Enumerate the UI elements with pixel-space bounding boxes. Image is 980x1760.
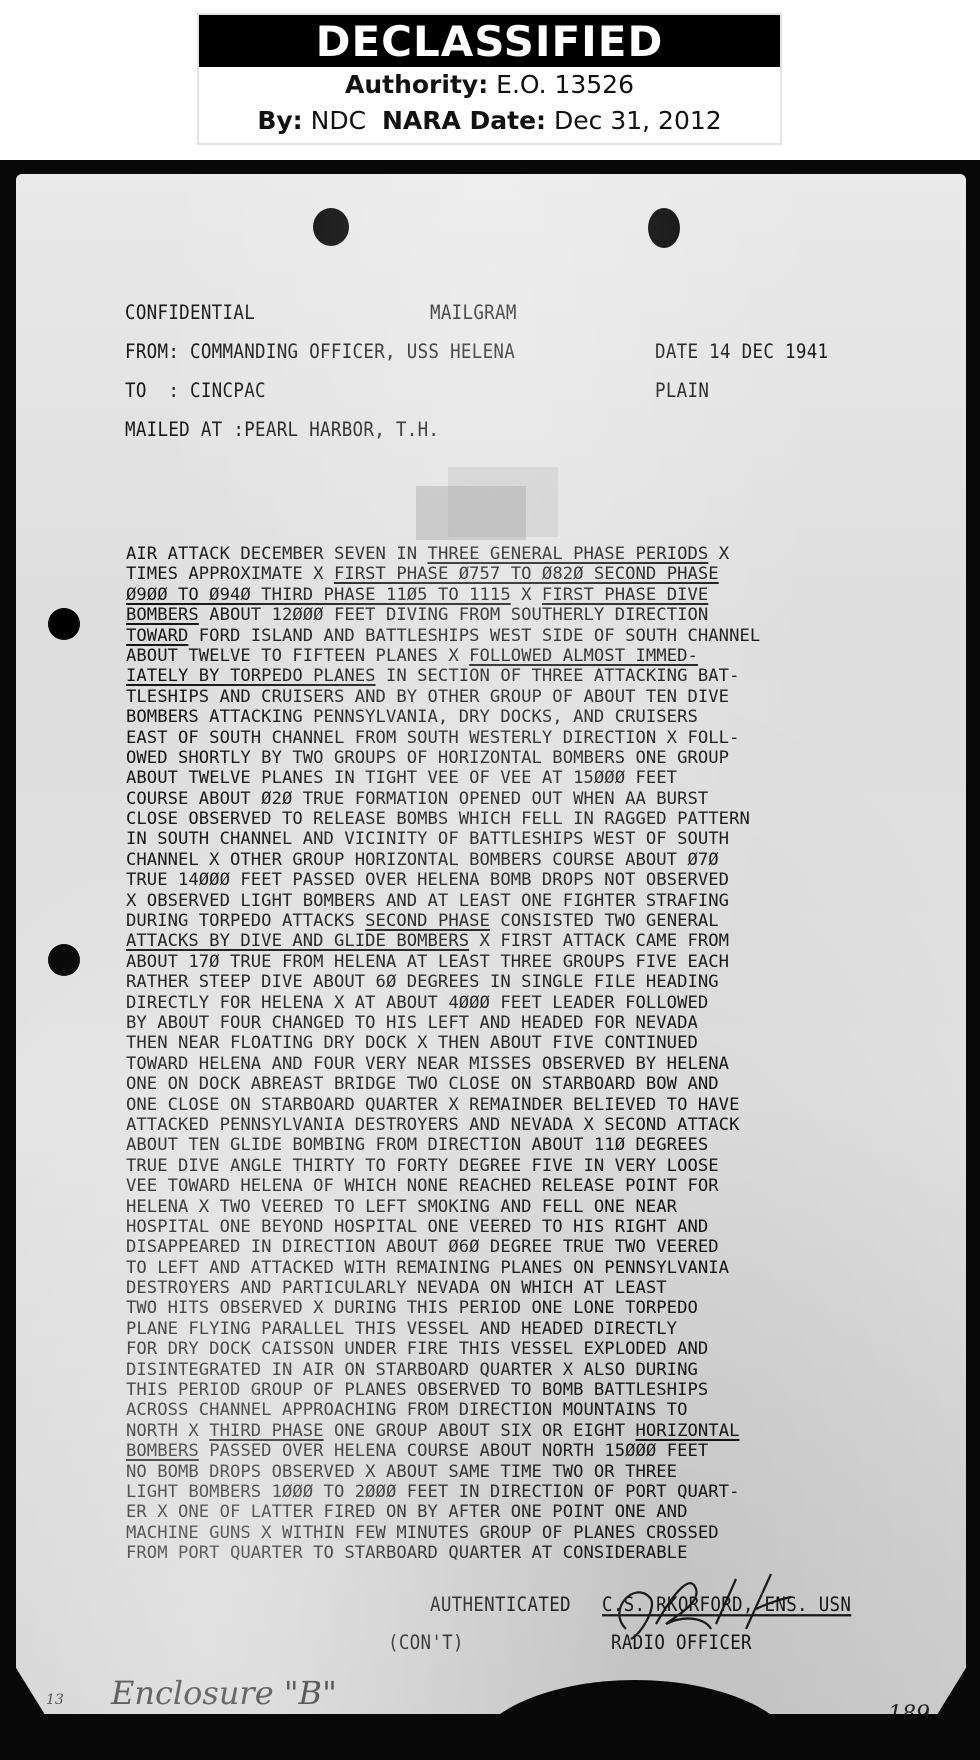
body-line: OWED SHORTLY BY TWO GROUPS OF HORIZONTAL… — [126, 748, 946, 768]
body-text-segment: MACHINE GUNS X WITHIN FEW MINUTES GROUP … — [126, 1523, 719, 1543]
body-text-segment: X OBSERVED LIGHT BOMBERS AND AT LEAST ON… — [126, 891, 729, 911]
body-text-segment: PASSED OVER HELENA COURSE ABOUT NORTH 15… — [199, 1441, 709, 1461]
body-text-segment: NO BOMB DROPS OBSERVED X ABOUT SAME TIME… — [126, 1462, 677, 1482]
punch-hole-top-right — [648, 208, 680, 248]
punch-hole-left-lower — [48, 944, 80, 976]
punch-hole-top-left — [313, 208, 349, 246]
body-line: EAST OF SOUTH CHANNEL FROM SOUTH WESTERL… — [126, 728, 946, 748]
body-line: ABOUT TWELVE TO FIFTEEN PLANES X FOLLOWE… — [126, 646, 946, 666]
body-text-segment: TO LEFT AND ATTACKED WITH REMAINING PLAN… — [126, 1258, 729, 1278]
body-line: ATTACKS BY DIVE AND GLIDE BOMBERS X FIRS… — [126, 931, 946, 951]
body-line: FROM PORT QUARTER TO STARBOARD QUARTER A… — [126, 1543, 946, 1563]
nara-date-value: Dec 31, 2012 — [554, 106, 722, 135]
body-line: TO LEFT AND ATTACKED WITH REMAINING PLAN… — [126, 1258, 946, 1278]
body-text-segment: X FIRST ATTACK CAME FROM — [469, 931, 729, 951]
punch-hole-left-upper — [48, 608, 80, 640]
body-text-segment: TLESHIPS AND CRUISERS AND BY OTHER GROUP… — [126, 687, 729, 707]
body-line: TRUE 14ØØØ FEET PASSED OVER HELENA BOMB … — [126, 870, 946, 890]
body-text-segment: LIGHT BOMBERS 1ØØØ TO 2ØØØ FEET IN DIREC… — [126, 1482, 739, 1502]
body-text-segment: PLANE FLYING PARALLEL THIS VESSEL AND HE… — [126, 1319, 677, 1339]
body-text-segment: DISINTEGRATED IN AIR ON STARBOARD QUARTE… — [126, 1360, 698, 1380]
classification-label: CONFIDENTIAL — [125, 302, 255, 324]
body-line: IN SOUTH CHANNEL AND VICINITY OF BATTLES… — [126, 829, 946, 849]
left-page-mark: 13 — [46, 1692, 64, 1708]
to-line: TO : CINCPAC — [125, 380, 266, 402]
body-line: ER X ONE OF LATTER FIRED ON BY AFTER ONE… — [126, 1502, 946, 1522]
enclosure-note: Enclosure "B" — [111, 1674, 337, 1712]
body-line: NORTH X THIRD PHASE ONE GROUP ABOUT SIX … — [126, 1421, 946, 1441]
stamp-title: DECLASSIFIED — [199, 15, 780, 67]
from-line: FROM: COMMANDING OFFICER, USS HELENA — [125, 341, 515, 363]
underlined-text: IATELY BY TORPEDO PLANES — [126, 666, 376, 686]
body-line: BY ABOUT FOUR CHANGED TO HIS LEFT AND HE… — [126, 1013, 946, 1033]
body-text-segment: BY ABOUT FOUR CHANGED TO HIS LEFT AND HE… — [126, 1013, 698, 1033]
body-line: CHANNEL X OTHER GROUP HORIZONTAL BOMBERS… — [126, 850, 946, 870]
body-text-segment: TRUE DIVE ANGLE THIRTY TO FORTY DEGREE F… — [126, 1156, 719, 1176]
underlined-text: BOMBERS — [126, 1441, 199, 1461]
underlined-text: THREE GENERAL PHASE PERIODS — [428, 544, 709, 564]
mailed-at-line: MAILED AT :PEARL HARBOR, T.H. — [125, 419, 439, 441]
stamp-by-date: By: NDC NARA Date: Dec 31, 2012 — [199, 103, 780, 139]
body-line: DISINTEGRATED IN AIR ON STARBOARD QUARTE… — [126, 1360, 946, 1380]
body-text-segment: NORTH X — [126, 1421, 209, 1441]
body-text-segment: DURING TORPEDO ATTACKS — [126, 911, 365, 931]
message-body: AIR ATTACK DECEMBER SEVEN IN THREE GENER… — [126, 544, 946, 1564]
body-line: THIS PERIOD GROUP OF PLANES OBSERVED TO … — [126, 1380, 946, 1400]
right-page-mark: 189 — [888, 1702, 930, 1727]
body-text-segment: TRUE 14ØØØ FEET PASSED OVER HELENA BOMB … — [126, 870, 729, 890]
body-text-segment: DISAPPEARED IN DIRECTION ABOUT Ø6Ø DEGRE… — [126, 1237, 719, 1257]
underlined-text: BOMBERS — [126, 605, 199, 625]
body-line: FOR DRY DOCK CAISSON UNDER FIRE THIS VES… — [126, 1339, 946, 1359]
body-text-segment: CLOSE OBSERVED TO RELEASE BOMBS WHICH FE… — [126, 809, 750, 829]
body-line: ONE CLOSE ON STARBOARD QUARTER X REMAIND… — [126, 1095, 946, 1115]
body-text-segment: X — [708, 544, 729, 564]
signature-icon — [596, 1569, 806, 1659]
body-text-segment: OWED SHORTLY BY TWO GROUPS OF HORIZONTAL… — [126, 748, 729, 768]
body-line: ATTACKED PENNSYLVANIA DESTROYERS AND NEV… — [126, 1115, 946, 1135]
body-text-segment: ONE ON DOCK ABREAST BRIDGE TWO CLOSE ON … — [126, 1074, 719, 1094]
body-line: TOWARD HELENA AND FOUR VERY NEAR MISSES … — [126, 1054, 946, 1074]
body-line: CLOSE OBSERVED TO RELEASE BOMBS WHICH FE… — [126, 809, 946, 829]
by-value: NDC — [311, 106, 366, 135]
body-text-segment: TOWARD HELENA AND FOUR VERY NEAR MISSES … — [126, 1054, 729, 1074]
body-line: ABOUT 17Ø TRUE FROM HELENA AT LEAST THRE… — [126, 952, 946, 972]
body-line: HELENA X TWO VEERED TO LEFT SMOKING AND … — [126, 1197, 946, 1217]
underlined-text: SECOND PHASE — [365, 911, 490, 931]
body-line: DESTROYERS AND PARTICULARLY NEVADA ON WH… — [126, 1278, 946, 1298]
body-line: ABOUT TEN GLIDE BOMBING FROM DIRECTION A… — [126, 1135, 946, 1155]
body-line: MACHINE GUNS X WITHIN FEW MINUTES GROUP … — [126, 1523, 946, 1543]
underlined-text: ATTACKS BY DIVE AND GLIDE BOMBERS — [126, 931, 469, 951]
body-line: ABOUT TWELVE PLANES IN TIGHT VEE OF VEE … — [126, 768, 946, 788]
stamp-authority: Authority: E.O. 13526 — [199, 67, 780, 103]
scanned-document: CONFIDENTIAL MAILGRAM FROM: COMMANDING O… — [0, 160, 980, 1760]
body-text-segment: CHANNEL X OTHER GROUP HORIZONTAL BOMBERS… — [126, 850, 719, 870]
body-line: BOMBERS ATTACKING PENNSYLVANIA, DRY DOCK… — [126, 707, 946, 727]
document-type: MAILGRAM — [430, 302, 517, 324]
paper-sheet: CONFIDENTIAL MAILGRAM FROM: COMMANDING O… — [16, 174, 966, 1714]
body-text-segment: COURSE ABOUT Ø2Ø TRUE FORMATION OPENED O… — [126, 789, 708, 809]
body-line: BOMBERS PASSED OVER HELENA COURSE ABOUT … — [126, 1441, 946, 1461]
body-text-segment: ABOUT TWELVE TO FIFTEEN PLANES X — [126, 646, 469, 666]
authority-label: Authority: — [345, 70, 488, 99]
body-line: IATELY BY TORPEDO PLANES IN SECTION OF T… — [126, 666, 946, 686]
body-line: Ø9ØØ TO Ø94Ø THIRD PHASE 11Ø5 TO 1115 X … — [126, 585, 946, 605]
body-line: X OBSERVED LIGHT BOMBERS AND AT LEAST ON… — [126, 891, 946, 911]
underlined-text: FIRST PHASE DIVE — [542, 585, 708, 605]
authority-value: E.O. 13526 — [496, 70, 634, 99]
body-text-segment: ABOUT TEN GLIDE BOMBING FROM DIRECTION A… — [126, 1135, 708, 1155]
underlined-text: THIRD PHASE — [209, 1421, 323, 1441]
body-text-segment: IN SOUTH CHANNEL AND VICINITY OF BATTLES… — [126, 829, 729, 849]
body-text-segment: THIS PERIOD GROUP OF PLANES OBSERVED TO … — [126, 1380, 708, 1400]
body-text-segment: ONE CLOSE ON STARBOARD QUARTER X REMAIND… — [126, 1095, 739, 1115]
body-text-segment: ABOUT TWELVE PLANES IN TIGHT VEE OF VEE … — [126, 768, 677, 788]
underlined-text: HORIZONTAL — [636, 1421, 740, 1441]
underlined-text: FIRST PHASE Ø757 TO Ø82Ø SECOND PHASE — [334, 564, 719, 584]
body-text-segment: EAST OF SOUTH CHANNEL FROM SOUTH WESTERL… — [126, 728, 739, 748]
body-line: TRUE DIVE ANGLE THIRTY TO FORTY DEGREE F… — [126, 1156, 946, 1176]
body-line: BOMBERS ABOUT 12ØØØ FEET DIVING FROM SOU… — [126, 605, 946, 625]
by-label: By: — [257, 106, 302, 135]
body-text-segment: TIMES APPROXIMATE X — [126, 564, 334, 584]
body-line: TWO HITS OBSERVED X DURING THIS PERIOD O… — [126, 1298, 946, 1318]
body-line: RATHER STEEP DIVE ABOUT 6Ø DEGREES IN SI… — [126, 972, 946, 992]
body-text-segment: FOR DRY DOCK CAISSON UNDER FIRE THIS VES… — [126, 1339, 708, 1359]
body-text-segment: ONE GROUP ABOUT SIX OR EIGHT — [324, 1421, 636, 1441]
body-text-segment: VEE TOWARD HELENA OF WHICH NONE REACHED … — [126, 1176, 719, 1196]
underlined-text: FOLLOWED ALMOST IMMED- — [469, 646, 698, 666]
body-line: AIR ATTACK DECEMBER SEVEN IN THREE GENER… — [126, 544, 946, 564]
body-text-segment: DESTROYERS AND PARTICULARLY NEVADA ON WH… — [126, 1278, 667, 1298]
body-text-segment: THEN NEAR FLOATING DRY DOCK X THEN ABOUT… — [126, 1033, 698, 1053]
date-line: DATE 14 DEC 1941 — [655, 341, 828, 363]
continued-label: (CON'T) — [388, 1632, 464, 1654]
body-text-segment: HELENA X TWO VEERED TO LEFT SMOKING AND … — [126, 1197, 677, 1217]
body-line: LIGHT BOMBERS 1ØØØ TO 2ØØØ FEET IN DIREC… — [126, 1482, 946, 1502]
body-text-segment: X — [511, 585, 542, 605]
body-text-segment: IN SECTION OF THREE ATTACKING BAT- — [376, 666, 740, 686]
body-text-segment: AIR ATTACK DECEMBER SEVEN IN — [126, 544, 428, 564]
body-line: DURING TORPEDO ATTACKS SECOND PHASE CONS… — [126, 911, 946, 931]
body-line: PLANE FLYING PARALLEL THIS VESSEL AND HE… — [126, 1319, 946, 1339]
body-line: THEN NEAR FLOATING DRY DOCK X THEN ABOUT… — [126, 1033, 946, 1053]
declassified-stamp: DECLASSIFIED Authority: E.O. 13526 By: N… — [197, 13, 782, 145]
body-text-segment: ABOUT 12ØØØ FEET DIVING FROM SOUTHERLY D… — [199, 605, 709, 625]
underlined-text: Ø9ØØ TO Ø94Ø THIRD PHASE 11Ø5 TO 1115 — [126, 585, 511, 605]
body-line: VEE TOWARD HELENA OF WHICH NONE REACHED … — [126, 1176, 946, 1196]
precedence-label: PLAIN — [655, 380, 709, 402]
body-text-segment: DIRECTLY FOR HELENA X AT ABOUT 4ØØØ FEET… — [126, 993, 708, 1013]
body-line: TOWARD FORD ISLAND AND BATTLESHIPS WEST … — [126, 626, 946, 646]
underlined-text: TOWARD — [126, 626, 188, 646]
body-text-segment: CONSISTED TWO GENERAL — [490, 911, 719, 931]
body-text-segment: ABOUT 17Ø TRUE FROM HELENA AT LEAST THRE… — [126, 952, 729, 972]
body-line: HOSPITAL ONE BEYOND HOSPITAL ONE VEERED … — [126, 1217, 946, 1237]
body-line: DISAPPEARED IN DIRECTION ABOUT Ø6Ø DEGRE… — [126, 1237, 946, 1257]
body-text-segment: ATTACKED PENNSYLVANIA DESTROYERS AND NEV… — [126, 1115, 739, 1135]
body-line: NO BOMB DROPS OBSERVED X ABOUT SAME TIME… — [126, 1462, 946, 1482]
body-line: COURSE ABOUT Ø2Ø TRUE FORMATION OPENED O… — [126, 789, 946, 809]
nara-date-label: NARA Date: — [382, 106, 546, 135]
body-text-segment: TWO HITS OBSERVED X DURING THIS PERIOD O… — [126, 1298, 698, 1318]
body-text-segment: RATHER STEEP DIVE ABOUT 6Ø DEGREES IN SI… — [126, 972, 719, 992]
body-text-segment: FORD ISLAND AND BATTLESHIPS WEST SIDE OF… — [188, 626, 760, 646]
tape-patch-dark — [416, 486, 526, 540]
body-text-segment: ER X ONE OF LATTER FIRED ON BY AFTER ONE… — [126, 1502, 687, 1522]
body-text-segment: ACROSS CHANNEL APPROACHING FROM DIRECTIO… — [126, 1400, 687, 1420]
body-line: TIMES APPROXIMATE X FIRST PHASE Ø757 TO … — [126, 564, 946, 584]
body-line: TLESHIPS AND CRUISERS AND BY OTHER GROUP… — [126, 687, 946, 707]
authenticated-label: AUTHENTICATED — [430, 1594, 571, 1616]
body-text-segment: BOMBERS ATTACKING PENNSYLVANIA, DRY DOCK… — [126, 707, 698, 727]
body-line: ONE ON DOCK ABREAST BRIDGE TWO CLOSE ON … — [126, 1074, 946, 1094]
body-line: DIRECTLY FOR HELENA X AT ABOUT 4ØØØ FEET… — [126, 993, 946, 1013]
body-text-segment: HOSPITAL ONE BEYOND HOSPITAL ONE VEERED … — [126, 1217, 708, 1237]
body-line: ACROSS CHANNEL APPROACHING FROM DIRECTIO… — [126, 1400, 946, 1420]
body-text-segment: FROM PORT QUARTER TO STARBOARD QUARTER A… — [126, 1543, 687, 1563]
